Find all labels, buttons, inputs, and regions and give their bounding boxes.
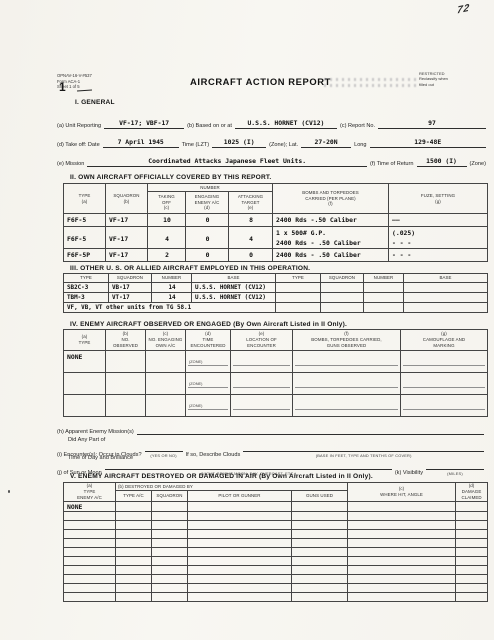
table-row: VF, VB, VT other units from TG 58.1 (64, 303, 488, 313)
line-enemy-mission: (h) Apparent Enemy Mission(s) (57, 426, 484, 435)
long-value: 129-48E (370, 138, 486, 148)
visibility-label: (k) Visibility (395, 470, 423, 476)
empty-cell (152, 512, 188, 521)
empty-cell (116, 539, 152, 548)
miles-hint: (MILES) (447, 471, 463, 476)
return-zone-label: (Zone) (470, 161, 486, 167)
empty-cell (116, 575, 152, 584)
clouds-yesno-blank: (YES OR NO) (145, 443, 183, 458)
empty-cell (456, 566, 488, 575)
empty-cell (188, 530, 292, 539)
col-number-group: NUMBER (148, 184, 273, 192)
squadron-value: VF-17 (109, 235, 145, 243)
type-value: F6F-5P (67, 251, 103, 259)
takeoff-date-value: 7 April 1945 (103, 138, 179, 148)
col-bombs: BOMBS AND TORPEDOES CARRIED (PER PLANE) … (273, 184, 389, 214)
col-type-ac: TYPE A/C (116, 491, 152, 502)
empty-cell (152, 530, 188, 539)
table-row (64, 557, 488, 566)
squadron-value: VF-17 (109, 216, 145, 224)
return-label: (f) Time of Return (370, 161, 414, 167)
section5-heading: V. ENEMY AIRCRAFT DESTROYED OR DAMAGED I… (70, 473, 373, 480)
empty-cell (188, 575, 292, 584)
pen-stroke (77, 89, 92, 91)
empty-cell (152, 548, 188, 557)
empty-cell (348, 566, 456, 575)
type-value: TBM-3 (67, 295, 106, 301)
empty-cell (152, 566, 188, 575)
taking-value: 10 (151, 216, 183, 224)
empty-cell (188, 593, 292, 602)
table-row: F6F-5P VF-17 2 0 0 2400 Rds - .50 Calibe… (64, 249, 488, 262)
col-bombs-observed: (f) BOMBS, TORPEDOES CARRIED, GUNS OBSER… (293, 330, 401, 351)
table-row: (ZONE) (64, 395, 488, 417)
empty-cell (116, 530, 152, 539)
empty-cell (456, 530, 488, 539)
engaging-value: 0 (189, 235, 226, 243)
section3-heading: III. OTHER U. S. OR ALLIED AIRCRAFT EMPL… (70, 265, 310, 272)
enemy-mission-label: (h) Apparent Enemy Mission(s) (57, 429, 134, 435)
table-row: NONE (64, 502, 488, 512)
empty-cell (152, 584, 188, 593)
table-row (64, 584, 488, 593)
allied-aircraft-table: TYPE SQUADRON NUMBER BASE TYPE SQUADRON … (63, 273, 488, 313)
empty-cell (292, 521, 348, 530)
col-squadron: SQUADRON (152, 491, 188, 502)
empty-cell (348, 557, 456, 566)
visibility-blank: (MILES) (426, 461, 484, 476)
number-value: 14 (155, 285, 189, 291)
empty-cell (292, 548, 348, 557)
col-squadron-2: SQUADRON (321, 274, 364, 283)
empty-cell (188, 584, 292, 593)
table-row (64, 530, 488, 539)
empty-cell (188, 566, 292, 575)
taking-value: 2 (151, 251, 183, 259)
empty-cell (456, 584, 488, 593)
based-on-value: U.S.S. HORNET (CV12) (235, 119, 337, 129)
zone-lat-label: (Zone); Lat. (269, 142, 298, 148)
taking-value: 4 (151, 235, 183, 243)
yes-or-no-hint: (YES OR NO) (150, 453, 176, 458)
col-taking-off: TAKING OFF (c) (148, 192, 186, 214)
empty-cell (348, 521, 456, 530)
fuze-value: —— (392, 216, 485, 224)
enemy-destroyed-table: (a) TYPE ENEMY A/C (b) DESTROYED OR DAMA… (63, 482, 488, 602)
base-value: U.S.S. HORNET (CV12) (195, 285, 273, 291)
empty-cell (456, 593, 488, 602)
col-damage-claimed: (d) DAMAGE CLAIMED (456, 483, 488, 502)
empty-cell (116, 593, 152, 602)
empty-cell (64, 512, 116, 521)
mission-value: Coordinated Attacks Japanese Fleet Units… (87, 157, 367, 167)
col-type-2: TYPE (276, 274, 321, 283)
empty-cell (152, 539, 188, 548)
bombs-value: 2400 Rds -.50 Caliber (276, 216, 386, 224)
base-value: U.S.S. HORNET (CV12) (195, 295, 273, 301)
table-row (64, 593, 488, 602)
fuze-line1: (.025) (392, 229, 485, 237)
col-time-encountered: (d) TIME ENCOUNTERED (186, 330, 231, 351)
own-aircraft-table: TYPE (a) SQUADRON (b) NUMBER BOMBS AND T… (63, 183, 488, 262)
empty-cell (456, 575, 488, 584)
col-type: TYPE (a) (64, 184, 106, 214)
aircraft-action-report-scan: 72 OPNAV-16-V-#537 Form ACA-1 Sheet 1 of… (0, 0, 494, 640)
bombs-line1: 1 x 500# G.P. (276, 229, 386, 237)
empty-cell (348, 548, 456, 557)
mission-label: (e) Mission (57, 161, 84, 167)
handwritten-corner-mark: 72 (456, 2, 470, 16)
unit-reporting-value: VF-17; VBF-17 (104, 119, 184, 129)
empty-cell (348, 593, 456, 602)
empty-cell (64, 557, 116, 566)
table-row: F6F-5 VF-17 10 0 8 2400 Rds -.50 Caliber… (64, 214, 488, 227)
col-fuze: FUZE, SETTING (g) (389, 184, 488, 214)
empty-cell (64, 566, 116, 575)
col-base: BASE (192, 274, 276, 283)
line-unit-reporting: (a) Unit Reporting VF-17; VBF-17 (b) Bas… (57, 119, 486, 129)
empty-cell (64, 539, 116, 548)
empty-cell (292, 539, 348, 548)
empty-cell (188, 539, 292, 548)
takeoff-date-label: (d) Take off: Date (57, 142, 100, 148)
col-destroyed-by-group: (b) DESTROYED OR DAMAGED BY (116, 483, 348, 491)
col-type: TYPE (64, 274, 109, 283)
bombs-value: 2400 Rds - .50 Caliber (276, 251, 386, 259)
describe-clouds-blank: (BASE IN FEET, TYPE AND TENTHS OF COVER) (243, 445, 484, 458)
classification-block: RESTRICTED Reclassify when filled out (419, 71, 448, 87)
empty-cell (456, 557, 488, 566)
attacking-value: 4 (232, 235, 270, 243)
report-no-label: (c) Report No. (340, 123, 375, 129)
table-row (64, 521, 488, 530)
enemy-type-value: NONE (67, 503, 113, 511)
table-row (64, 575, 488, 584)
table-row: SB2C-3 VB-17 14 U.S.S. HORNET (CV12) (64, 283, 488, 293)
col-attacking: ATTACKING TARGET (e) (229, 192, 273, 214)
enemy-destroyed-table-body: NONE (64, 502, 488, 602)
empty-cell (348, 530, 456, 539)
empty-cell (188, 548, 292, 557)
col-camouflage: (g) CAMOUFLAGE AND MARKING (401, 330, 488, 351)
empty-cell (116, 521, 152, 530)
type-value: F6F-5 (67, 216, 103, 224)
empty-cell (64, 548, 116, 557)
empty-cell (292, 557, 348, 566)
attacking-value: 8 (232, 216, 270, 224)
line-takeoff: (d) Take off: Date 7 April 1945 Time (LZ… (57, 138, 486, 148)
squadron-value: VB-17 (112, 285, 149, 291)
empty-cell (348, 539, 456, 548)
based-on-label: (b) Based on or at (187, 123, 232, 129)
enemy-mission-blank (137, 426, 484, 435)
empty-cell (456, 512, 488, 521)
squadron-value: VT-17 (112, 295, 149, 301)
empty-cell (152, 557, 188, 566)
time-label: Time (LZT) (182, 142, 209, 148)
illegible-stamp (324, 76, 416, 90)
empty-cell (116, 566, 152, 575)
col-squadron: SQUADRON (109, 274, 152, 283)
return-value: 1500 (I) (417, 157, 467, 167)
engaging-value: 0 (189, 251, 226, 259)
cloud-cover-hint: (BASE IN FEET, TYPE AND TENTHS OF COVER) (316, 453, 412, 458)
page-title: AIRCRAFT ACTION REPORT (190, 76, 331, 87)
empty-cell (116, 584, 152, 593)
section2-heading: II. OWN AIRCRAFT OFFICIALLY COVERED BY T… (70, 174, 271, 181)
empty-cell (116, 548, 152, 557)
squadron-value: VF-17 (109, 251, 145, 259)
empty-cell (188, 512, 292, 521)
empty-cell (152, 593, 188, 602)
empty-cell (292, 593, 348, 602)
col-guns-used: GUNS USED (292, 491, 348, 502)
handwritten-page-number: 1 (59, 80, 66, 94)
empty-cell (292, 584, 348, 593)
describe-clouds-label: If so, Describe Clouds (186, 452, 241, 458)
col-enemy-type: (a) TYPE ENEMY A/C (64, 483, 116, 502)
attacking-value: 0 (232, 251, 270, 259)
col-type: (a) TYPE (64, 330, 106, 351)
empty-cell (64, 521, 116, 530)
col-number-2: NUMBER (364, 274, 404, 283)
zone-label: (ZONE) (189, 359, 202, 364)
fuze-value: - - - (392, 251, 485, 259)
empty-cell (152, 575, 188, 584)
type-value: F6F-5 (67, 235, 103, 243)
col-no-observed: (b) NO. OBSERVED (106, 330, 146, 351)
long-label: Long (354, 142, 366, 148)
empty-cell (152, 521, 188, 530)
engaging-value: 0 (189, 216, 226, 224)
table-row: NONE (ZONE) (64, 351, 488, 373)
empty-cell (64, 593, 116, 602)
empty-cell (292, 575, 348, 584)
zone-label: (ZONE) (189, 381, 202, 386)
empty-cell (64, 530, 116, 539)
type-value: SB2C-3 (67, 285, 106, 291)
report-no-value: 97 (378, 119, 486, 129)
empty-cell (64, 584, 116, 593)
lat-value: 27-20N (301, 138, 351, 148)
col-location: (e) LOCATION OF ENCOUNTER (231, 330, 293, 351)
table-row (64, 539, 488, 548)
empty-cell (116, 512, 152, 521)
type-value: NONE (67, 353, 103, 361)
empty-cell (292, 566, 348, 575)
time-value: 1025 (I) (212, 138, 266, 148)
col-engaging: ENGAGING ENEMY A/C (d) (186, 192, 229, 214)
empty-cell (188, 557, 292, 566)
line-mission: (e) Mission Coordinated Attacks Japanese… (57, 157, 486, 167)
col-pilot-gunner: PILOT OR GUNNER (188, 491, 292, 502)
col-number: NUMBER (152, 274, 192, 283)
unit-reporting-label: (a) Unit Reporting (57, 123, 101, 129)
col-squadron: SQUADRON (b) (106, 184, 148, 214)
number-value: 14 (155, 295, 189, 301)
empty-cell (348, 575, 456, 584)
empty-cell (64, 575, 116, 584)
empty-cell (188, 521, 292, 530)
enemy-observed-table: (a) TYPE (b) NO. OBSERVED (c) NO. ENGAGI… (63, 329, 488, 417)
other-units-note: VF, VB, VT other units from TG 58.1 (67, 305, 273, 311)
table-row: (ZONE) (64, 373, 488, 395)
col-no-engaging: (c) NO. ENGAGING OWN A/C (146, 330, 186, 351)
fuze-line2: - - - (392, 239, 485, 247)
empty-cell (348, 584, 456, 593)
section4-heading: IV. ENEMY AIRCRAFT OBSERVED OR ENGAGED (… (70, 321, 347, 328)
table-row: TBM-3 VT-17 14 U.S.S. HORNET (CV12) (64, 293, 488, 303)
empty-cell (348, 512, 456, 521)
section1-heading: I. GENERAL (75, 99, 115, 106)
empty-cell (456, 539, 488, 548)
col-where-hit: (c) WHERE HIT, ANGLE (348, 483, 456, 502)
empty-cell (292, 530, 348, 539)
scan-speck (8, 490, 10, 493)
col-base-2: BASE (404, 274, 488, 283)
empty-cell (116, 557, 152, 566)
empty-cell (456, 521, 488, 530)
zone-label: (ZONE) (189, 403, 202, 408)
table-row (64, 548, 488, 557)
bombs-line2: 2400 Rds - .50 Caliber (276, 239, 386, 247)
empty-cell (292, 512, 348, 521)
table-row (64, 512, 488, 521)
table-row (64, 566, 488, 575)
empty-cell (456, 548, 488, 557)
table-row: F6F-5 VF-17 4 0 4 1 x 500# G.P. 2400 Rds… (64, 227, 488, 249)
